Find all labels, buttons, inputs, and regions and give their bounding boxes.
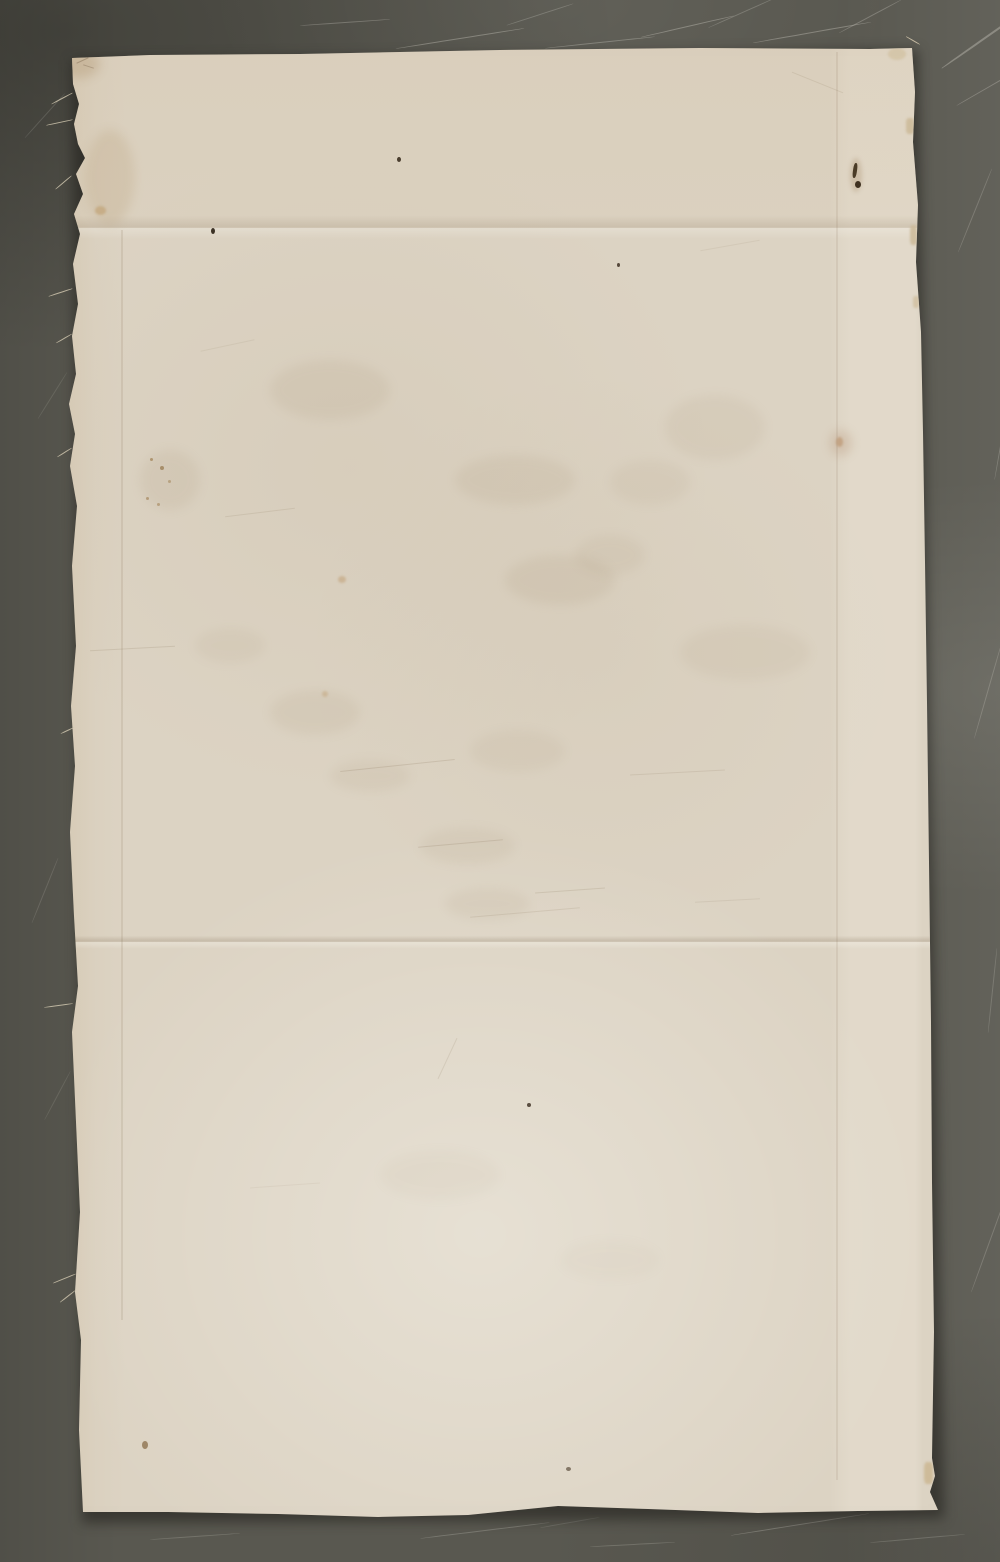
paper-wrinkle bbox=[438, 1038, 458, 1079]
paper-fleck bbox=[527, 1103, 531, 1107]
paper-fleck bbox=[906, 118, 914, 134]
paper-fleck bbox=[160, 466, 164, 470]
paper-smudge bbox=[455, 455, 575, 505]
paper-fleck bbox=[888, 48, 906, 60]
paper-smudge bbox=[575, 535, 645, 575]
paper-wrinkle bbox=[695, 898, 760, 902]
paper-fleck bbox=[910, 225, 917, 245]
paper-smudge bbox=[195, 628, 265, 663]
paper-fleck bbox=[168, 480, 171, 483]
paper-sheet bbox=[0, 0, 1000, 1562]
paper-smudge bbox=[665, 395, 765, 460]
paper-wrinkle bbox=[700, 240, 759, 251]
paper-smudge bbox=[610, 460, 690, 505]
paper-wrinkle bbox=[535, 888, 605, 894]
paper-fleck bbox=[617, 263, 620, 267]
photograph bbox=[0, 0, 1000, 1562]
fold-line bbox=[121, 230, 123, 1320]
paper-fleck bbox=[566, 1467, 571, 1471]
paper-fleck bbox=[836, 437, 843, 447]
paper-smudge bbox=[270, 360, 390, 420]
paper-fleck bbox=[95, 206, 106, 215]
paper-fleck bbox=[913, 296, 919, 308]
paper-wrinkle bbox=[225, 508, 295, 518]
paper-wrinkle bbox=[630, 770, 725, 776]
paper-smudge bbox=[470, 730, 565, 772]
paper-fleck bbox=[924, 1462, 933, 1484]
paper-fleck bbox=[157, 503, 160, 506]
paper-smudge bbox=[560, 1240, 660, 1280]
paper-smudge bbox=[85, 130, 135, 225]
paper-fleck bbox=[322, 691, 328, 697]
paper-fleck bbox=[855, 181, 861, 188]
paper-smudge bbox=[380, 1150, 500, 1200]
fold-line bbox=[836, 52, 838, 1480]
paper-smudge bbox=[680, 625, 810, 680]
paper-fleck bbox=[338, 576, 346, 583]
paper-wrinkle bbox=[90, 646, 175, 651]
paper-fleck bbox=[142, 1441, 148, 1449]
paper-wrinkle bbox=[200, 339, 254, 351]
paper-fleck bbox=[211, 228, 215, 234]
paper-fleck bbox=[146, 497, 149, 500]
paper-fleck bbox=[397, 157, 401, 162]
paper-smudge bbox=[270, 690, 360, 735]
paper-fleck bbox=[150, 458, 153, 461]
paper-wrinkle bbox=[250, 1183, 320, 1189]
